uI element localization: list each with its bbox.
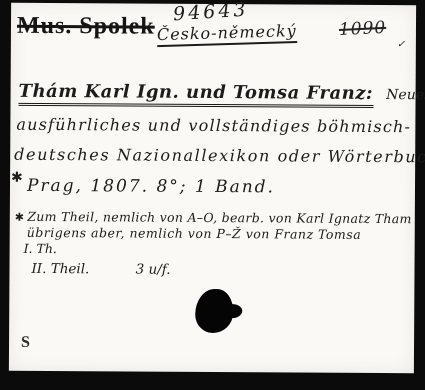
check-mark: ✓ bbox=[397, 39, 405, 50]
footnote-line-2: übrigens aber, nemlich von P–Ž von Franz… bbox=[27, 225, 362, 242]
footnote-line-1: ✱Zum Theil, nemlich von A–O, bearb. von … bbox=[15, 209, 412, 226]
footnote-marker: ✱ bbox=[15, 211, 25, 224]
footnote-marker-margin: ✱ bbox=[11, 170, 23, 186]
title-first-word: Neuestes bbox=[386, 87, 425, 103]
accession-number: 94643 bbox=[172, 0, 249, 25]
part-note-2-label: II. Theil. bbox=[31, 261, 89, 277]
entry-heading: Thám Karl Ign. und Tomsa Franz: Neuestes bbox=[19, 81, 425, 105]
catalog-card: Mus. Spolek 94643 Česko-německý 1090 ✓ T… bbox=[9, 3, 416, 373]
subject-label-underlined: Česko-německý bbox=[157, 21, 297, 47]
ink-blot-nub bbox=[225, 304, 242, 318]
library-stamp-struck-through: Mus. Spolek bbox=[17, 13, 155, 41]
part-note-1: I. Th. bbox=[24, 241, 57, 256]
authors-underlined: Thám Karl Ign. und Tomsa Franz: bbox=[18, 81, 373, 108]
footnote-line-1-text: Zum Theil, nemlich von A–O, bearb. von K… bbox=[27, 209, 411, 226]
scanned-catalog-card: Mus. Spolek 94643 Česko-německý 1090 ✓ T… bbox=[0, 0, 425, 390]
title-line-3: deutsches Nazionallexikon oder Wörterbuc… bbox=[14, 145, 425, 167]
old-number-crossed-out: 1090 bbox=[339, 18, 387, 40]
title-line-2: ausführliches und vollständiges böhmisch… bbox=[16, 115, 411, 136]
ink-blot bbox=[195, 289, 233, 333]
part-note-2: II. Theil. 3 u/f. bbox=[31, 261, 170, 278]
part-note-2-extra: 3 u/f. bbox=[136, 262, 171, 278]
imprint-line: Prag, 1807. 8°; 1 Band. bbox=[27, 176, 275, 198]
bottom-left-letter: S bbox=[21, 334, 30, 352]
